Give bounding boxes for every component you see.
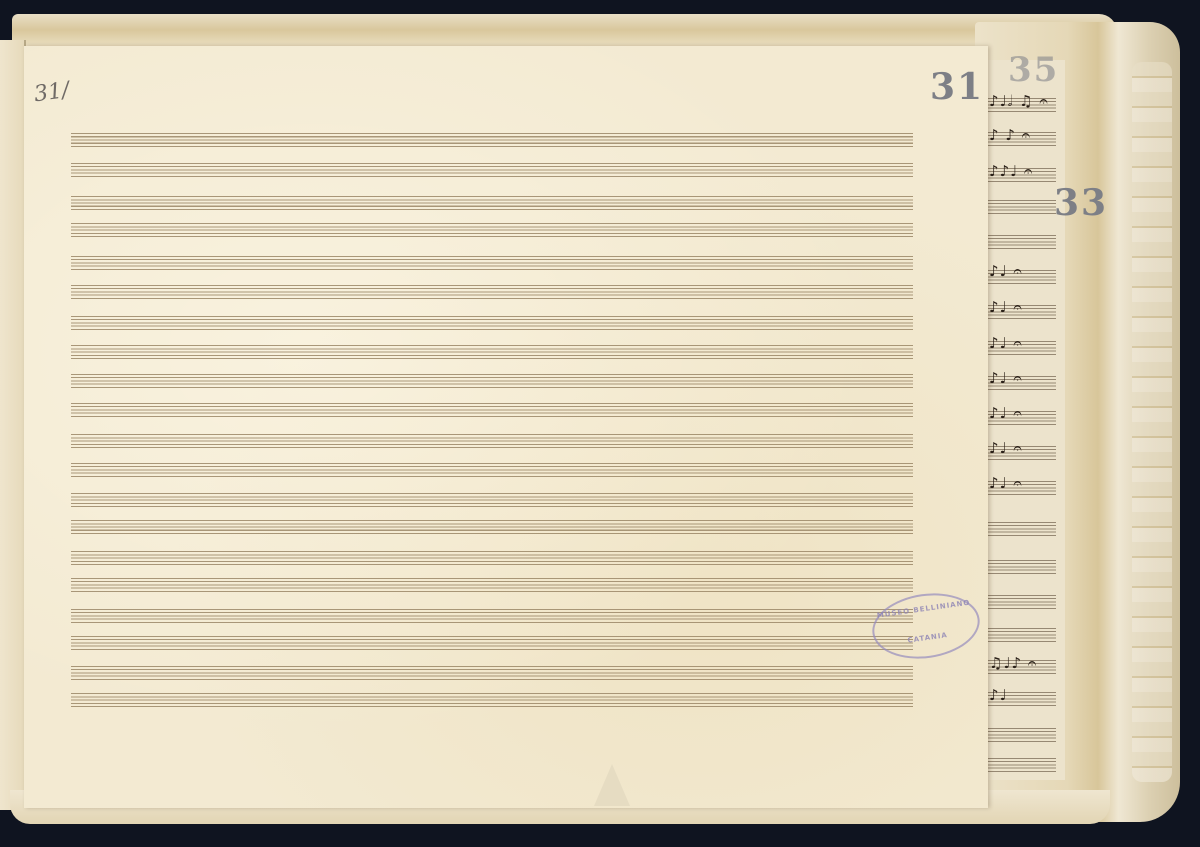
notation: ♪♩ 𝄐 [989,369,1023,387]
notation: ♪♪♩ 𝄐 [989,162,1033,180]
notation: ♪♩ 𝄐 [989,334,1023,352]
notation: ♪ ♪ 𝄐 [989,126,1031,144]
staff-18 [71,636,913,650]
page-number: 31 [930,66,984,108]
staff-12 [71,463,913,477]
underlying-staff [988,560,1056,574]
underlying-staff [988,728,1056,742]
staff-13 [71,493,913,507]
staff-5 [71,256,913,270]
staff-6 [71,285,913,299]
pencil-folio-mark: 31/ [32,78,71,108]
notation: ♪♩ 𝄐 [989,262,1023,280]
staff-10 [71,403,913,417]
staff-20 [71,693,913,707]
manuscript-scan: ♪♩𝅗𝅥 ♫ 𝄐 ♪ ♪ 𝄐 ♪♪♩ 𝄐 ♪♩ 𝄐 ♪♩ 𝄐 ♪♩ 𝄐 ♪♩ 𝄐… [0,0,1200,847]
staff-8 [71,345,913,359]
notation: ♪♩ 𝄐 [989,298,1023,316]
staff-4 [71,223,913,237]
underlying-staff [988,595,1056,609]
underlying-page: ♪♩𝅗𝅥 ♫ 𝄐 ♪ ♪ 𝄐 ♪♪♩ 𝄐 ♪♩ 𝄐 ♪♩ 𝄐 ♪♩ 𝄐 ♪♩ 𝄐… [985,60,1065,780]
staff-19 [71,666,913,680]
underlying-page-number-33: 33 [1054,182,1108,224]
staff-14 [71,520,913,534]
stamp-line-2: CATANIA [876,627,980,649]
staff-11 [71,434,913,448]
underlying-staff [988,200,1056,214]
staff-3 [71,196,913,210]
notation: ♪♩ 𝄐 [989,474,1023,492]
underlying-staff [988,235,1056,249]
staff-2 [71,163,913,177]
manuscript-page: 31/ 31 MUSEO BELLINIANO CATANIA [24,46,988,808]
staff-17 [71,609,913,623]
staff-1 [71,133,913,147]
notation: ♪♩ 𝄐 [989,404,1023,422]
underlying-staff [988,522,1056,536]
staff-16 [71,578,913,592]
paper-tear [594,764,630,806]
staff-7 [71,316,913,330]
notation: ♪♩ 𝄐 [989,439,1023,457]
staff-15 [71,551,913,565]
notation: ♫♩♪ 𝄐 [989,654,1037,672]
underlying-staff [988,758,1056,772]
notation: ♪♩ [989,686,1008,704]
facing-page-edge [0,40,26,810]
stamp-line-1: MUSEO BELLINIANO [872,598,976,620]
underlying-staff [988,628,1056,642]
library-stamp: MUSEO BELLINIANO CATANIA [868,587,984,665]
staff-9 [71,374,913,388]
underlying-page-number-35: 35 [1008,50,1059,90]
notation: ♪♩𝅗𝅥 ♫ 𝄐 [989,92,1049,110]
